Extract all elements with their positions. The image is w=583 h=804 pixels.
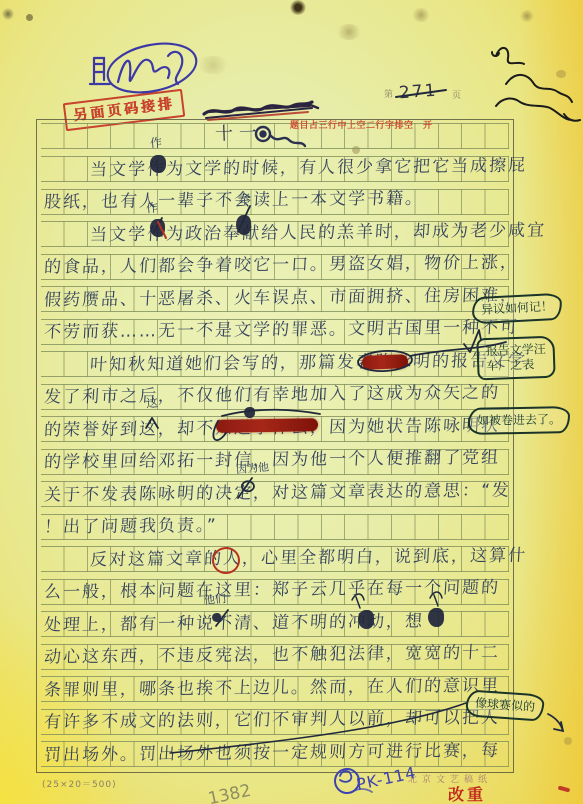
ink-blot [150,155,166,173]
stain [336,24,362,40]
ink-blot [428,608,444,627]
stain [564,737,572,745]
manuscript-line: 动心这东西，不违反宪法，也不触犯法律，宽宽的十二 [43,639,527,670]
pencil-mark: 1382 [207,782,253,804]
manuscript-line: 处理上，都有一种说不清、道不明的冲动，想 [43,607,527,638]
stain [290,0,306,15]
scanned-manuscript-page: 第 271 页 另面页码接排 十一 题目占三行中上空二行字排空 开 当文学作为文… [0,0,583,804]
insert-annotation: 作 [145,202,158,216]
manuscript-line: 的食品，人们都会争着咬它一口。男盗女娼，物价上涨， [43,249,527,280]
scribbled-out-title-line [204,102,318,120]
ink-blot [244,407,255,418]
grid-row [41,123,509,149]
insert-annotation: 他们 [203,592,226,607]
manuscript-line: 当文学作为政治奉献给人民的羔羊时，却成为老少咸宜 [43,217,573,249]
margin-note-line: 报告文学汪 [485,342,546,359]
manuscript-line: 反对这篇文章的人，心里全都明白，说到底，这算什 [43,542,573,574]
manuscript-line: 的学校里回给邓拓一封信，因为他一个人便推翻了党组 [43,444,527,475]
page-number-suffix: 页 [452,91,462,102]
red-bottom-note: 改重 [448,786,486,804]
handwritten-page-number: 271 [398,81,438,104]
section-number: 十一 [215,122,264,146]
manuscript-line: 么一般，根本问题在这里：郑子云几乎在每一个问题的 [43,574,527,605]
stain [520,10,534,22]
margin-note: 报告文学汪 车厂之表 [476,336,555,381]
insert-annotation: 这 [145,397,158,411]
manuscript-line: 股纸，也有人一辈子不会读上一本文学书籍。 [43,184,527,215]
grid-spec-label: (25×20＝500) [42,780,117,791]
blue-ink-signature-scribble [90,36,201,100]
ink-blot [150,219,165,237]
manuscript-line: 条罪则里，哪条也挨不上边儿。然而，在人们的意识里 [43,672,527,703]
manuscript-line: 假药赝品、十恶屠杀、火车误点、市面拥挤、住房困难， [43,282,527,313]
stain [2,8,14,20]
ink-blot [236,215,251,235]
manuscript-line: 发了利市之后，不仅他们有幸地加入了这成为众矢之的 [43,379,527,410]
insert-annotation: 奉 [237,193,251,207]
stain [196,56,230,74]
margin-note: 像球赛似的 [465,689,545,721]
paper-edge-shadow [519,0,583,804]
manuscript-line: 关于不发表陈咏明的决定，对这篇文章表达的意思：“发 [43,477,527,508]
stain [26,14,33,21]
manuscript-line: 当文学作为文学的时候，有人很少拿它把它当成擦屁 [43,152,573,184]
typesetting-stamp: 题目占三行中上空二行字排空 开 [290,121,433,132]
page-number-prefix: 第 [384,90,394,101]
margin-note: 如被卷进去了。 [468,406,570,435]
ink-blot [212,613,221,622]
stain [412,8,430,22]
manuscript-line: ！出了问题我负责。” [43,509,527,540]
margin-note: 异议如何记！ [471,293,562,325]
red-ink-strikeout [362,354,408,370]
manuscript-line: 不劳而获……无一不是文学的罪恶。文明古国里一种不可 [43,314,527,345]
ink-blot [358,610,374,629]
insert-annotation: 作 [149,137,162,151]
paper-brand-label: 北京文艺稿纸 [408,775,492,785]
red-ink-strikeout [216,418,318,433]
manuscript-line: 有许多不成文的法则，它们不审判人以前，却可以把人 [43,704,527,735]
stain [556,70,566,78]
margin-note-line: 车厂之表 [486,357,547,374]
manuscript-line: 罚出场外。罚出场外也须按一定规则方可进行比赛，每 [43,737,527,768]
